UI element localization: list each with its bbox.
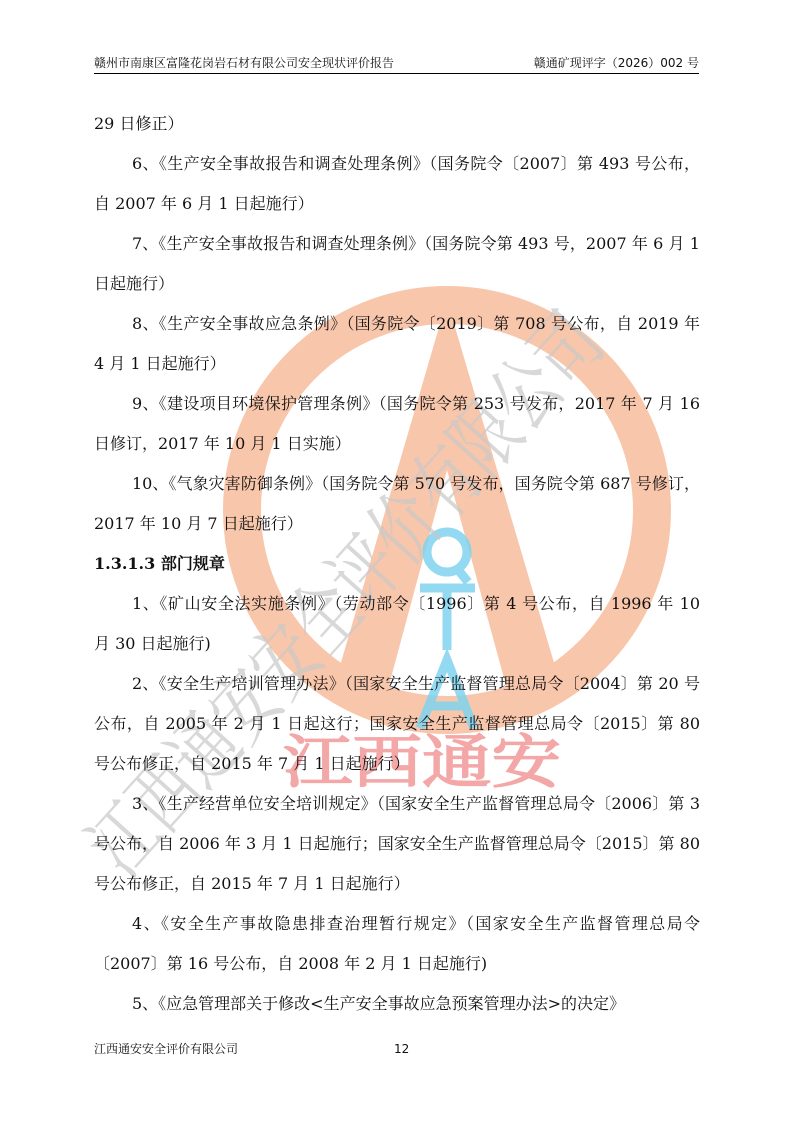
regulation-item: 9、《建设项目环境保护管理条例》（国务院令第 253 号发布，2017 年 7 … [94, 384, 700, 464]
regulation-item: 5、《应急管理部关于修改<生产安全事故应急预案管理办法>的决定》 [94, 984, 700, 1024]
regulation-item: 6、《生产安全事故报告和调查处理条例》（国务院令〔2007〕第 493 号公布，… [94, 144, 700, 224]
document-number: 赣通矿现评字（2026）002 号 [534, 56, 699, 70]
document-body: 29 日修正） 6、《生产安全事故报告和调查处理条例》（国务院令〔2007〕第 … [94, 104, 700, 1024]
report-title: 赣州市南康区富隆花岗岩石材有限公司安全现状评价报告 [94, 56, 394, 70]
regulation-item: 4、《安全生产事故隐患排查治理暂行规定》（国家安全生产监督管理总局令〔2007〕… [94, 904, 700, 984]
page-header: 赣州市南康区富隆花岗岩石材有限公司安全现状评价报告 赣通矿现评字（2026）00… [94, 56, 699, 74]
regulation-item: 3、《生产经营单位安全培训规定》（国家安全生产监督管理总局令〔2006〕第 3 … [94, 784, 700, 904]
footer-company: 江西通安安全评价有限公司 [94, 1042, 238, 1056]
paragraph-continuation: 29 日修正） [94, 104, 700, 144]
regulation-item: 2、《安全生产培训管理办法》（国家安全生产监督管理总局令〔2004〕第 20 号… [94, 664, 700, 784]
regulation-item: 8、《生产安全事故应急条例》（国务院令〔2019〕第 708 号公布，自 201… [94, 304, 700, 384]
regulation-item: 7、《生产安全事故报告和调查处理条例》（国务院令第 493 号，2007 年 6… [94, 224, 700, 304]
page-number: 12 [394, 1042, 409, 1056]
section-heading: 1.3.1.3 部门规章 [94, 544, 700, 584]
regulation-item: 10、《气象灾害防御条例》（国务院令第 570 号发布，国务院令第 687 号修… [94, 464, 700, 544]
regulation-item: 1、《矿山安全法实施条例》（劳动部令〔1996〕第 4 号公布，自 1996 年… [94, 584, 700, 664]
